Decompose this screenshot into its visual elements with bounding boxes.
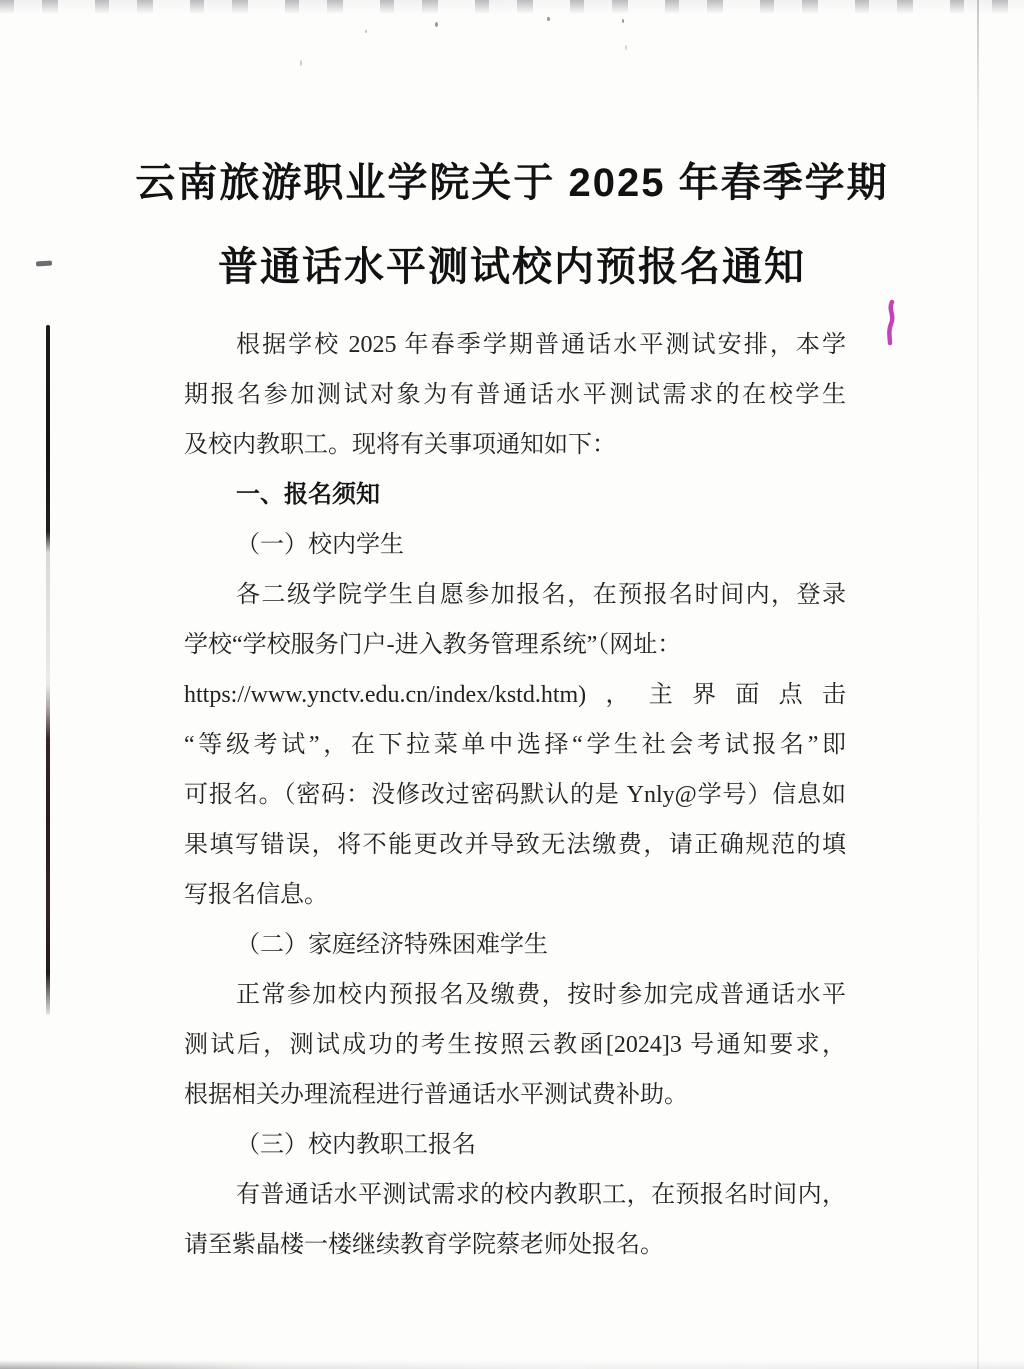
scanned-document-page: 云南旅游职业学院关于 2025 年春季学期 普通话水平测试校内预报名通知 根据学… — [0, 0, 1024, 1369]
body-line: 及校内教职工。现将有关事项通知如下： — [184, 420, 846, 470]
scan-speck — [300, 60, 302, 66]
scan-speck — [625, 45, 627, 50]
body-line: 果填写错误，将不能更改并导致无法缴费，请正确规范的填 — [184, 820, 846, 870]
section-heading-1: 一、报名须知 — [184, 470, 846, 520]
subsection-heading-3: （三）校内教职工报名 — [184, 1120, 846, 1170]
body-line: 测试后，测试成功的考生按照云教函[2024]3 号通知要求， — [184, 1020, 846, 1070]
url-line: https://www.ynctv.edu.cn/index/kstd.htm)… — [184, 670, 846, 720]
document-title-line-1: 云南旅游职业学院关于 2025 年春季学期 — [0, 141, 1024, 225]
bottom-scan-noise-band — [0, 1360, 1024, 1369]
subsection-heading-1: （一）校内学生 — [184, 520, 846, 570]
body-line: 有普通话水平测试需求的校内教职工，在预报名时间内， — [184, 1170, 846, 1220]
body-line: 期报名参加测试对象为有普通话水平测试需求的在校学生 — [184, 370, 846, 420]
body-line: 写报名信息。 — [184, 870, 846, 920]
body-line: 可报名。（密码：没修改过密码默认的是 Ynly@学号）信息如 — [184, 770, 846, 820]
scan-speck — [435, 22, 438, 27]
left-margin-scan-line — [46, 325, 50, 1015]
scan-speck — [547, 17, 550, 21]
body-line: 根据学校 2025 年春季学期普通话水平测试安排，本学 — [184, 320, 846, 370]
document-body: 根据学校 2025 年春季学期普通话水平测试安排，本学 期报名参加测试对象为有普… — [184, 320, 846, 1270]
scan-speck — [622, 19, 624, 23]
document-title-line-2: 普通话水平测试校内预报名通知 — [0, 225, 1024, 309]
body-line: 正常参加校内预报名及缴费，按时参加完成普通话水平 — [184, 970, 846, 1020]
body-line: 请至紫晶楼一楼继续教育学院蔡老师处报名。 — [184, 1220, 846, 1270]
subsection-heading-2: （二）家庭经济特殊困难学生 — [184, 920, 846, 970]
body-line: “等级考试”，在下拉菜单中选择“学生社会考试报名”即 — [184, 720, 846, 770]
document-title: 云南旅游职业学院关于 2025 年春季学期 普通话水平测试校内预报名通知 — [0, 141, 1024, 309]
body-line: 根据相关办理流程进行普通话水平测试费补助。 — [184, 1070, 846, 1120]
body-line: 学校“学校服务门户-进入教务管理系统”（网址： — [184, 620, 846, 670]
top-scan-noise-band — [0, 0, 1024, 14]
scan-speck — [365, 30, 367, 33]
body-line: 各二级学院学生自愿参加报名，在预报名时间内，登录 — [184, 570, 846, 620]
